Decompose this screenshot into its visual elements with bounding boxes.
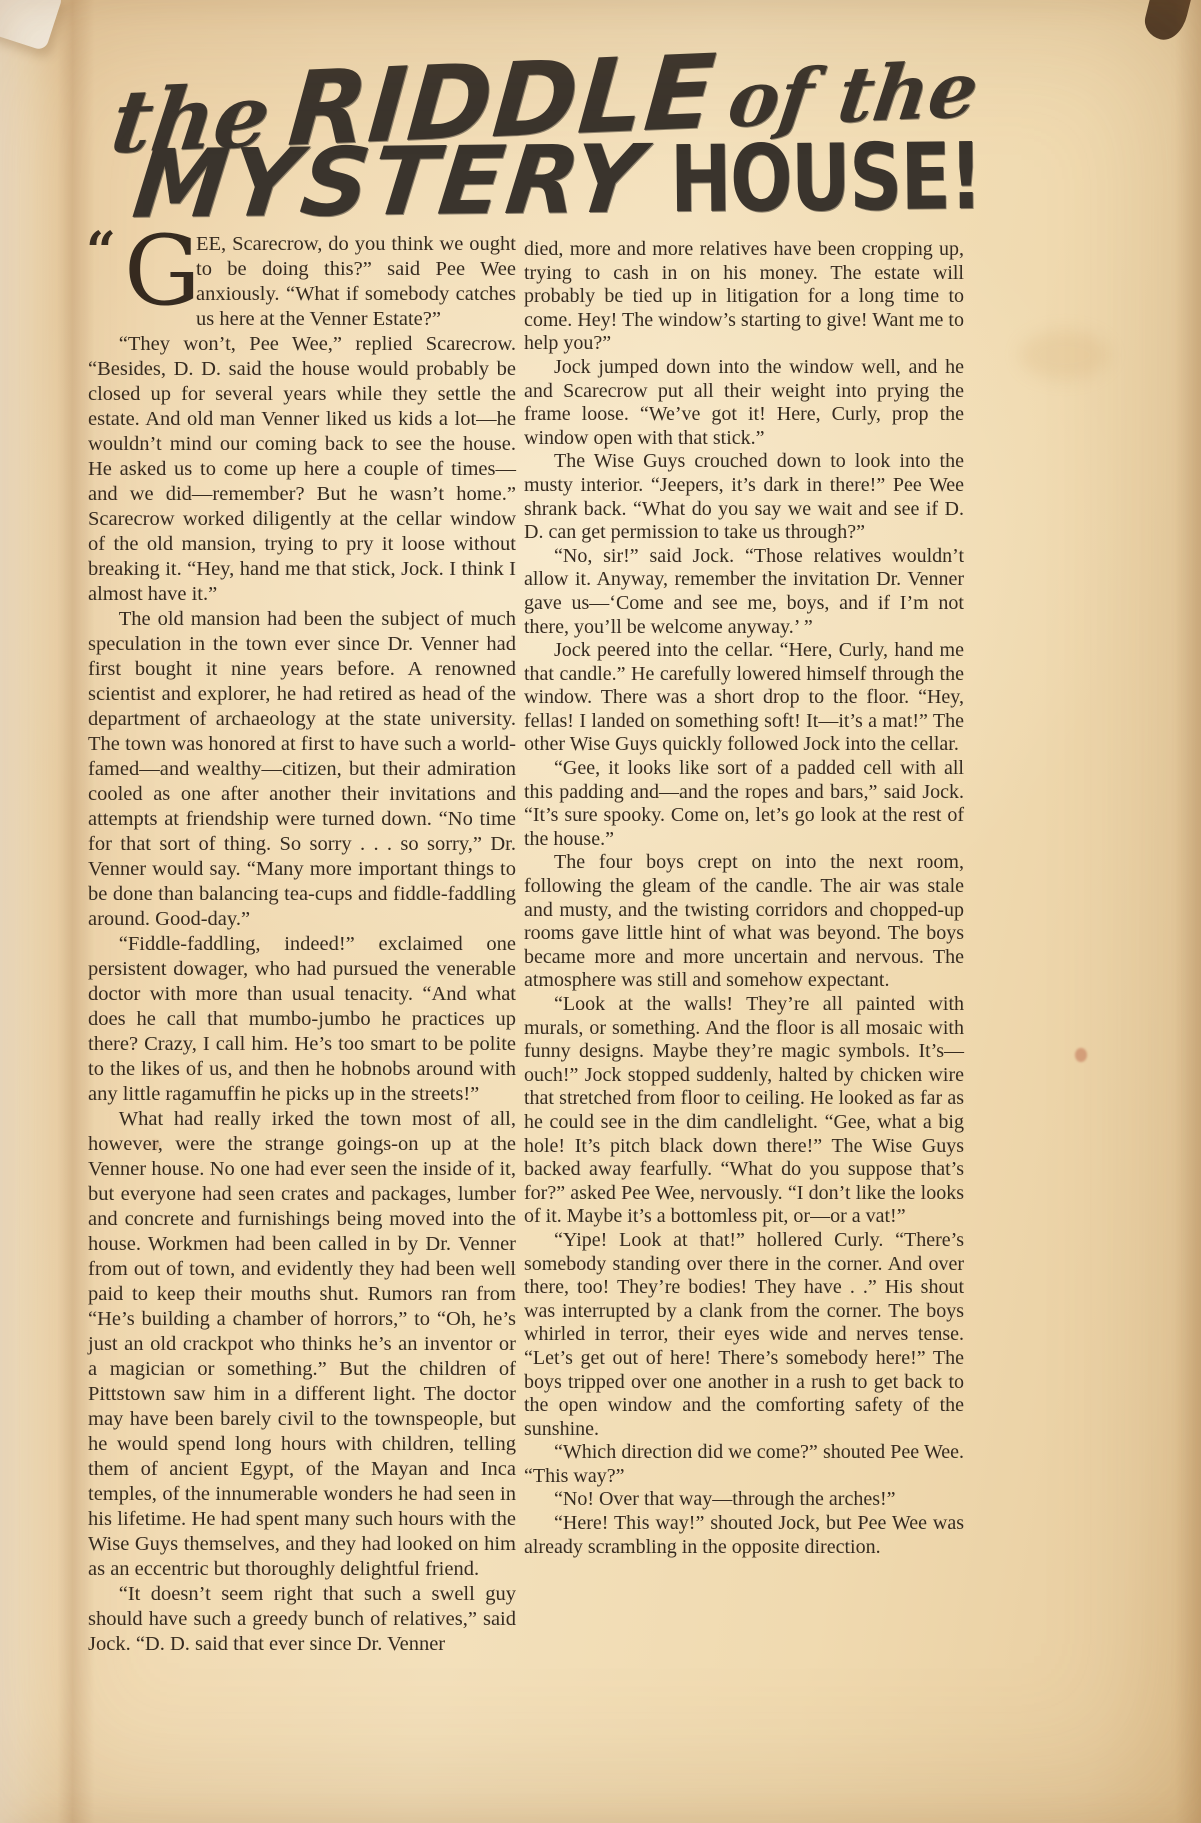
story-paragraph: “No! Over that way—through the arches!” bbox=[524, 1488, 964, 1512]
story-paragraph: The old mansion had been the subject of … bbox=[88, 607, 516, 932]
story-title-line-2: MYSTERY HOUSE! bbox=[133, 121, 1060, 240]
story-paragraph: “No, sir!” said Jock. “Those relatives w… bbox=[524, 545, 964, 639]
opening-quote: “ bbox=[86, 226, 116, 278]
scanned-story-page: the RIDDLE of the MYSTERY HOUSE! “ G EE,… bbox=[0, 0, 1201, 1823]
title-word-house: HOUSE! bbox=[670, 123, 982, 233]
paper-stain bbox=[1075, 1048, 1087, 1062]
drop-cap: G bbox=[124, 230, 201, 312]
drop-cap-block: “ G bbox=[88, 234, 192, 310]
story-paragraph: “They won’t, Pee Wee,” replied Scarecrow… bbox=[88, 332, 516, 607]
story-paragraph: The four boys crept on into the next roo… bbox=[524, 851, 964, 993]
story-paragraph: Jock peered into the cellar. “Here, Curl… bbox=[524, 639, 964, 757]
story-paragraph: “Look at the walls! They’re all painted … bbox=[524, 993, 964, 1229]
story-paragraph: Jock jumped down into the window well, a… bbox=[524, 356, 964, 450]
story-paragraph: “ G EE, Scarecrow, do you think we ought… bbox=[88, 232, 516, 332]
paper-stain bbox=[1020, 330, 1110, 380]
story-paragraph: The Wise Guys crouched down to look into… bbox=[524, 450, 964, 544]
story-paragraph: “It doesn’t seem right that such a swell… bbox=[88, 1582, 516, 1657]
left-column: “ G EE, Scarecrow, do you think we ought… bbox=[88, 232, 516, 1657]
story-paragraph: “Fiddle-faddling, indeed!” exclaimed one… bbox=[88, 932, 516, 1107]
story-paragraph: What had really irked the town most of a… bbox=[88, 1107, 516, 1582]
paragraph-text: EE, Scarecrow, do you think we ought to … bbox=[196, 233, 516, 330]
story-paragraph: “Yipe! Look at that!” hollered Curly. “T… bbox=[524, 1229, 964, 1441]
right-column: died, more and more relatives have been … bbox=[524, 238, 964, 1559]
page-edge-shadow bbox=[1175, 0, 1201, 1823]
story-paragraph: died, more and more relatives have been … bbox=[524, 238, 964, 356]
story-paragraph: “Here! This way!” shouted Jock, but Pee … bbox=[524, 1512, 964, 1559]
story-paragraph: “Which direction did we come?” shouted P… bbox=[524, 1441, 964, 1488]
title-word-mystery: MYSTERY bbox=[128, 125, 651, 239]
story-paragraph: “Gee, it looks like sort of a padded cel… bbox=[524, 757, 964, 851]
